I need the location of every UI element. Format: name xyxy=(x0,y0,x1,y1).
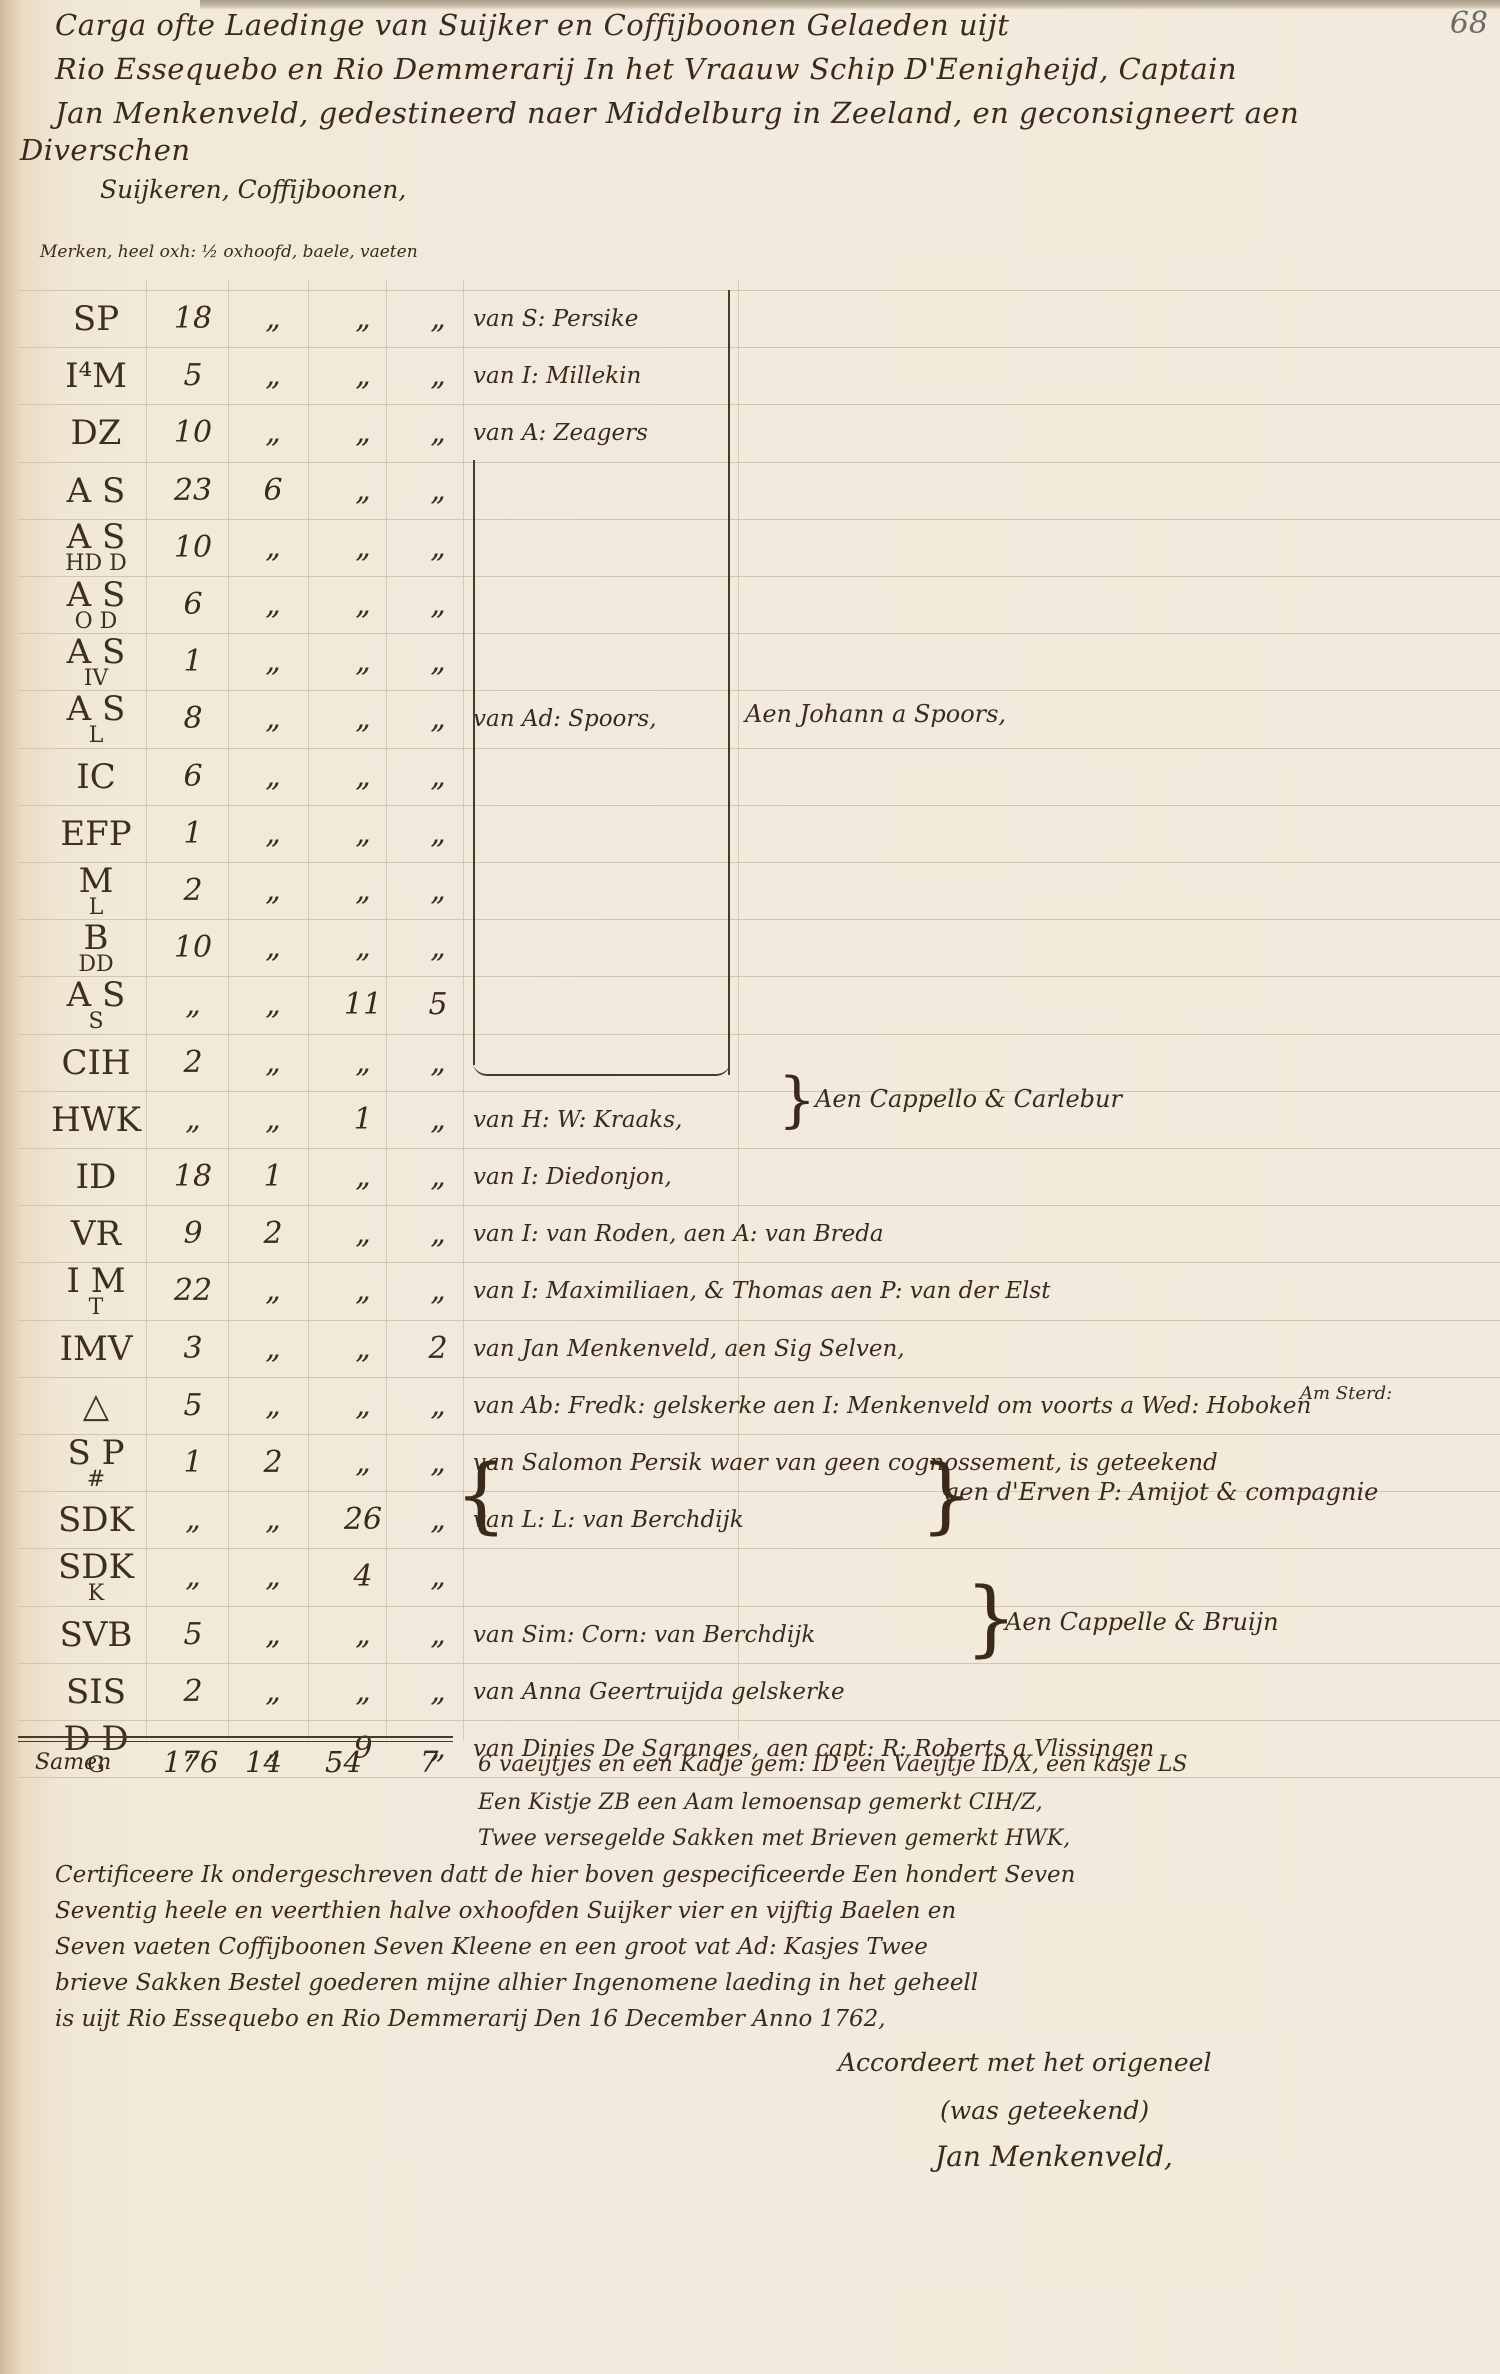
baele-count: „ xyxy=(328,1434,398,1492)
heel-oxhoofd-count: 3 xyxy=(163,1320,223,1378)
half-oxhoofd-count: 1 xyxy=(243,1148,303,1206)
merchant-mark: SVB xyxy=(36,1606,156,1664)
vaeten-count: 5 xyxy=(408,976,468,1034)
consignee-amijot: aen d'Erven P: Amijot & compagnie xyxy=(945,1478,1378,1506)
vaeten-count: „ xyxy=(408,748,468,806)
vaeten-count: „ xyxy=(408,805,468,863)
merchant-mark: IC xyxy=(36,748,156,806)
table-row: A SS„„115 xyxy=(18,976,1500,1034)
heel-oxhoofd-count: 8 xyxy=(163,690,223,748)
heel-oxhoofd-count: „ xyxy=(163,1091,223,1149)
merchant-mark: SDKK xyxy=(36,1548,156,1606)
total-half: 14 xyxy=(245,1745,282,1779)
heading-line-1: Carga ofte Laedinge van Suijker en Coffi… xyxy=(55,8,1009,42)
baele-count: 11 xyxy=(328,976,398,1034)
vaeten-count: „ xyxy=(408,1034,468,1092)
baele-count: 26 xyxy=(328,1491,398,1549)
mark-main: CIH xyxy=(61,1046,130,1080)
merchant-mark: HWK xyxy=(36,1091,156,1149)
merchant-mark: SIS xyxy=(36,1663,156,1721)
mark-main: SIS xyxy=(66,1675,126,1709)
sender-entry: van Anna Geertruijda gelskerke xyxy=(473,1663,845,1721)
baele-count: „ xyxy=(328,1205,398,1263)
table-row: VR92„„van I: van Roden, aen A: van Breda xyxy=(18,1205,1500,1263)
vaeten-count: „ xyxy=(408,1091,468,1149)
heel-oxhoofd-count: 5 xyxy=(163,347,223,405)
half-oxhoofd-count: „ xyxy=(243,1377,303,1435)
baele-count: „ xyxy=(328,1377,398,1435)
mark-main: A S xyxy=(67,635,126,669)
heel-oxhoofd-count: 2 xyxy=(163,862,223,920)
half-oxhoofd-count: „ xyxy=(243,1606,303,1664)
merchant-mark: A SIV xyxy=(36,633,156,691)
merchant-mark: ML xyxy=(36,862,156,920)
certificate-line-3: Seven vaeten Coffijboonen Seven Kleene e… xyxy=(55,1934,928,1960)
baele-count: „ xyxy=(328,1606,398,1664)
merchant-mark: EFP xyxy=(36,805,156,863)
vaeten-count: „ xyxy=(408,690,468,748)
heel-oxhoofd-count: 22 xyxy=(163,1262,223,1320)
vaeten-count: „ xyxy=(408,919,468,977)
half-oxhoofd-count: „ xyxy=(243,576,303,634)
table-row: ML2„„„ xyxy=(18,862,1500,920)
baele-count: „ xyxy=(328,1320,398,1378)
mark-sub: IV xyxy=(84,669,109,690)
extras-line-2: Een Kistje ZB een Aam lemoensap gemerkt … xyxy=(478,1790,1043,1815)
mark-sub: O D xyxy=(75,612,118,633)
folio-number: 68 xyxy=(1450,6,1488,41)
vaeten-count: 2 xyxy=(408,1320,468,1378)
sender-entry: van A: Zeagers xyxy=(473,404,648,462)
sender-entry: van H: W: Kraaks, xyxy=(473,1091,682,1149)
vaeten-count: „ xyxy=(408,1262,468,1320)
totals-label: Samen xyxy=(35,1750,111,1775)
mark-main: SDK xyxy=(58,1550,134,1584)
mark-main: A S xyxy=(67,520,126,554)
brace-icon: } xyxy=(778,1070,816,1130)
consignee-cappello: Aen Cappello & Carlebur xyxy=(815,1085,1122,1113)
vaeten-count: „ xyxy=(408,862,468,920)
half-oxhoofd-count: 2 xyxy=(243,1434,303,1492)
heel-oxhoofd-count: 6 xyxy=(163,576,223,634)
half-oxhoofd-count: „ xyxy=(243,1548,303,1606)
mark-main: M xyxy=(79,864,114,898)
total-rule xyxy=(18,1741,453,1742)
vaeten-count: „ xyxy=(408,576,468,634)
mark-sub: K xyxy=(88,1584,104,1605)
merchant-mark: S P# xyxy=(36,1434,156,1492)
baele-count: „ xyxy=(328,919,398,977)
table-row: BDD10„„„ xyxy=(18,919,1500,977)
heel-oxhoofd-count: „ xyxy=(163,1548,223,1606)
merchant-mark: A S xyxy=(36,462,156,520)
sender-entry: van I: Millekin xyxy=(473,347,641,405)
heading-line-3: Jan Menkenveld, gedestineerd naer Middel… xyxy=(55,96,1299,130)
baele-count: „ xyxy=(328,576,398,634)
half-oxhoofd-count: „ xyxy=(243,1320,303,1378)
vaeten-count: „ xyxy=(408,1548,468,1606)
certificate-line-2: Seventig heele en veerthien halve oxhoof… xyxy=(55,1898,956,1924)
total-heel: 176 xyxy=(163,1745,218,1779)
was-getekend-note: (was geteekend) xyxy=(940,2096,1149,2125)
merchant-mark: SP xyxy=(36,290,156,348)
table-row: IMV3„„2van Jan Menkenveld, aen Sig Selve… xyxy=(18,1320,1500,1378)
table-row: DZ10„„„van A: Zeagers xyxy=(18,404,1500,462)
heel-oxhoofd-count: 5 xyxy=(163,1606,223,1664)
table-row: SIS2„„„van Anna Geertruijda gelskerke xyxy=(18,1663,1500,1721)
vaeten-count: „ xyxy=(408,462,468,520)
table-row: I⁴M5„„„van I: Millekin xyxy=(18,347,1500,405)
heel-oxhoofd-count: 1 xyxy=(163,633,223,691)
heel-oxhoofd-count: 1 xyxy=(163,805,223,863)
mark-main: B xyxy=(84,921,109,955)
heel-oxhoofd-count: 2 xyxy=(163,1034,223,1092)
heel-oxhoofd-count: 9 xyxy=(163,1205,223,1263)
heel-oxhoofd-count: „ xyxy=(163,1491,223,1549)
half-oxhoofd-count: „ xyxy=(243,1262,303,1320)
half-oxhoofd-count: 6 xyxy=(243,462,303,520)
baele-count: „ xyxy=(328,519,398,577)
merchant-mark: BDD xyxy=(36,919,156,977)
table-row: HWK„„1„van H: W: Kraaks, xyxy=(18,1091,1500,1149)
total-baele: 54 xyxy=(325,1745,362,1779)
merchant-mark: I⁴M xyxy=(36,347,156,405)
baele-count: „ xyxy=(328,1034,398,1092)
half-oxhoofd-count: „ xyxy=(243,347,303,405)
heel-oxhoofd-count: 1 xyxy=(163,1434,223,1492)
mark-main: △ xyxy=(83,1389,109,1423)
heel-oxhoofd-count: 10 xyxy=(163,519,223,577)
mark-main: IMV xyxy=(60,1332,133,1366)
baele-count: „ xyxy=(328,404,398,462)
sender-entry: van Ab: Fredk: gelskerke aen I: Menkenve… xyxy=(473,1377,1311,1435)
sender-entry: van L: L: van Berchdijk xyxy=(473,1491,744,1549)
baele-count: „ xyxy=(328,462,398,520)
sender-entry: van S: Persike xyxy=(473,290,638,348)
half-oxhoofd-count: „ xyxy=(243,633,303,691)
sender-entry: van I: van Roden, aen A: van Breda xyxy=(473,1205,884,1263)
mark-main: SVB xyxy=(60,1618,133,1652)
table-row: IC6„„„ xyxy=(18,748,1500,806)
merchant-mark: △ xyxy=(36,1377,156,1435)
table-row: I MT22„„„van I: Maximiliaen, & Thomas ae… xyxy=(18,1262,1500,1320)
extras-line-1: 6 vaeijtjes en een Kadje gem: ID een Vae… xyxy=(478,1752,1188,1777)
vaeten-count: „ xyxy=(408,1663,468,1721)
mark-main: I M xyxy=(66,1264,125,1298)
brace-left-icon: { xyxy=(455,1455,507,1537)
subheading: Suijkeren, Coffijboonen, xyxy=(100,175,406,204)
table-row: ID181„„van I: Diedonjon, xyxy=(18,1148,1500,1206)
mark-main: HWK xyxy=(51,1103,141,1137)
table-row: A SIV1„„„ xyxy=(18,633,1500,691)
merchant-mark: CIH xyxy=(36,1034,156,1092)
vaeten-count: „ xyxy=(408,1377,468,1435)
merchant-mark: A SS xyxy=(36,976,156,1034)
half-oxhoofd-count: „ xyxy=(243,919,303,977)
mark-main: ID xyxy=(76,1160,117,1194)
half-oxhoofd-count: „ xyxy=(243,748,303,806)
sender-entry: van I: Maximiliaen, & Thomas aen P: van … xyxy=(473,1262,1050,1320)
mark-main: A S xyxy=(67,578,126,612)
heel-oxhoofd-count: „ xyxy=(163,976,223,1034)
baele-count: „ xyxy=(328,633,398,691)
bracket-line xyxy=(728,290,730,1075)
mark-main: DZ xyxy=(71,416,122,450)
baele-count: „ xyxy=(328,690,398,748)
mark-main: VR xyxy=(71,1217,121,1251)
extras-line-3: Twee versegelde Sakken met Brieven gemer… xyxy=(478,1826,1070,1851)
heading-line-2: Rio Essequebo en Rio Demmerarij In het V… xyxy=(55,52,1237,86)
half-oxhoofd-count: „ xyxy=(243,690,303,748)
vaeten-count: „ xyxy=(408,1148,468,1206)
half-oxhoofd-count: „ xyxy=(243,290,303,348)
sender-entry: van I: Diedonjon, xyxy=(473,1148,672,1206)
spoors-box-bottom xyxy=(473,1060,730,1076)
amsterdam-note: Am Sterd: xyxy=(1300,1383,1392,1404)
half-oxhoofd-count: „ xyxy=(243,404,303,462)
half-oxhoofd-count: „ xyxy=(243,1491,303,1549)
mark-main: I⁴M xyxy=(65,359,127,393)
heel-oxhoofd-count: 2 xyxy=(163,1663,223,1721)
mark-sub: L xyxy=(89,898,104,919)
baele-count: 1 xyxy=(328,1091,398,1149)
half-oxhoofd-count: „ xyxy=(243,805,303,863)
half-oxhoofd-count: „ xyxy=(243,1091,303,1149)
baele-count: „ xyxy=(328,290,398,348)
vaeten-count: „ xyxy=(408,519,468,577)
heel-oxhoofd-count: 6 xyxy=(163,748,223,806)
signature: Jan Menkenveld, xyxy=(935,2140,1173,2173)
merchant-mark: SDK xyxy=(36,1491,156,1549)
heel-oxhoofd-count: 5 xyxy=(163,1377,223,1435)
consignee-spoors: Aen Johann a Spoors, xyxy=(745,700,1006,728)
sender-entry: van Ad: Spoors, xyxy=(473,690,657,748)
heel-oxhoofd-count: 18 xyxy=(163,1148,223,1206)
mark-main: A S xyxy=(67,978,126,1012)
vaeten-count: „ xyxy=(408,347,468,405)
merchant-mark: IMV xyxy=(36,1320,156,1378)
certificate-line-5: is uijt Rio Essequebo en Rio Demmerarij … xyxy=(55,2006,886,2032)
heel-oxhoofd-count: 18 xyxy=(163,290,223,348)
table-row: △5„„„van Ab: Fredk: gelskerke aen I: Men… xyxy=(18,1377,1500,1435)
table-row: SDKK„„4„ xyxy=(18,1548,1500,1606)
baele-count: „ xyxy=(328,1148,398,1206)
table-row: EFP1„„„ xyxy=(18,805,1500,863)
baele-count: „ xyxy=(328,748,398,806)
certificate-line-1: Certificeere Ik ondergeschreven datt de … xyxy=(55,1862,1075,1888)
sender-entry: van Jan Menkenveld, aen Sig Selven, xyxy=(473,1320,905,1378)
table-row: A S236„„ xyxy=(18,462,1500,520)
heading-line-4: Diverschen xyxy=(20,133,191,167)
vaeten-count: „ xyxy=(408,1606,468,1664)
total-rule xyxy=(18,1736,453,1738)
mark-main: A S xyxy=(67,474,126,508)
heel-oxhoofd-count: 23 xyxy=(163,462,223,520)
half-oxhoofd-count: „ xyxy=(243,519,303,577)
table-row: SP18„„„van S: Persike xyxy=(18,290,1500,348)
mark-main: S P xyxy=(68,1436,125,1470)
mark-sub: HD D xyxy=(65,554,126,575)
merchant-mark: ID xyxy=(36,1148,156,1206)
mark-main: IC xyxy=(76,760,115,794)
mark-sub: L xyxy=(89,726,104,747)
merchant-mark: I MT xyxy=(36,1262,156,1320)
total-vaeten: 7 xyxy=(420,1745,438,1779)
vaeten-count: „ xyxy=(408,1205,468,1263)
heel-oxhoofd-count: 10 xyxy=(163,919,223,977)
mark-sub: T xyxy=(89,1298,104,1319)
vaeten-count: „ xyxy=(408,290,468,348)
half-oxhoofd-count: „ xyxy=(243,976,303,1034)
half-oxhoofd-count: 2 xyxy=(243,1205,303,1263)
baele-count: 4 xyxy=(328,1548,398,1606)
mark-sub: # xyxy=(87,1470,105,1491)
sender-entry: van Sim: Corn: van Berchdijk xyxy=(473,1606,815,1664)
consignee-cappelle-bruijn: Aen Cappelle & Bruijn xyxy=(1005,1608,1279,1636)
half-oxhoofd-count: „ xyxy=(243,1034,303,1092)
merchant-mark: DZ xyxy=(36,404,156,462)
mark-main: EFP xyxy=(60,817,131,851)
accordeert-note: Accordeert met het origeneel xyxy=(838,2048,1211,2077)
merchant-mark: VR xyxy=(36,1205,156,1263)
merchant-mark: A SHD D xyxy=(36,519,156,577)
mark-main: A S xyxy=(67,692,126,726)
mark-main: SP xyxy=(73,302,119,336)
table-row: A SHD D10„„„ xyxy=(18,519,1500,577)
table-row: CIH2„„„ xyxy=(18,1034,1500,1092)
half-oxhoofd-count: „ xyxy=(243,1663,303,1721)
vaeten-count: „ xyxy=(408,404,468,462)
baele-count: „ xyxy=(328,862,398,920)
baele-count: „ xyxy=(328,347,398,405)
mark-sub: S xyxy=(88,1012,103,1033)
mark-main: SDK xyxy=(58,1503,134,1537)
baele-count: „ xyxy=(328,1262,398,1320)
baele-count: „ xyxy=(328,1663,398,1721)
heel-oxhoofd-count: 10 xyxy=(163,404,223,462)
column-header: Merken, heel oxh: ½ oxhoofd, baele, vaet… xyxy=(40,242,418,262)
vaeten-count: „ xyxy=(408,633,468,691)
merchant-mark: A SL xyxy=(36,690,156,748)
mark-sub: DD xyxy=(78,955,113,976)
certificate-line-4: brieve Sakken Bestel goederen mijne alhi… xyxy=(55,1970,978,1996)
table-row: A SO D6„„„ xyxy=(18,576,1500,634)
manuscript-page: 68 Carga ofte Laedinge van Suijker en Co… xyxy=(0,0,1500,2374)
baele-count: „ xyxy=(328,805,398,863)
half-oxhoofd-count: „ xyxy=(243,862,303,920)
bracket-line xyxy=(473,460,475,1065)
merchant-mark: A SO D xyxy=(36,576,156,634)
